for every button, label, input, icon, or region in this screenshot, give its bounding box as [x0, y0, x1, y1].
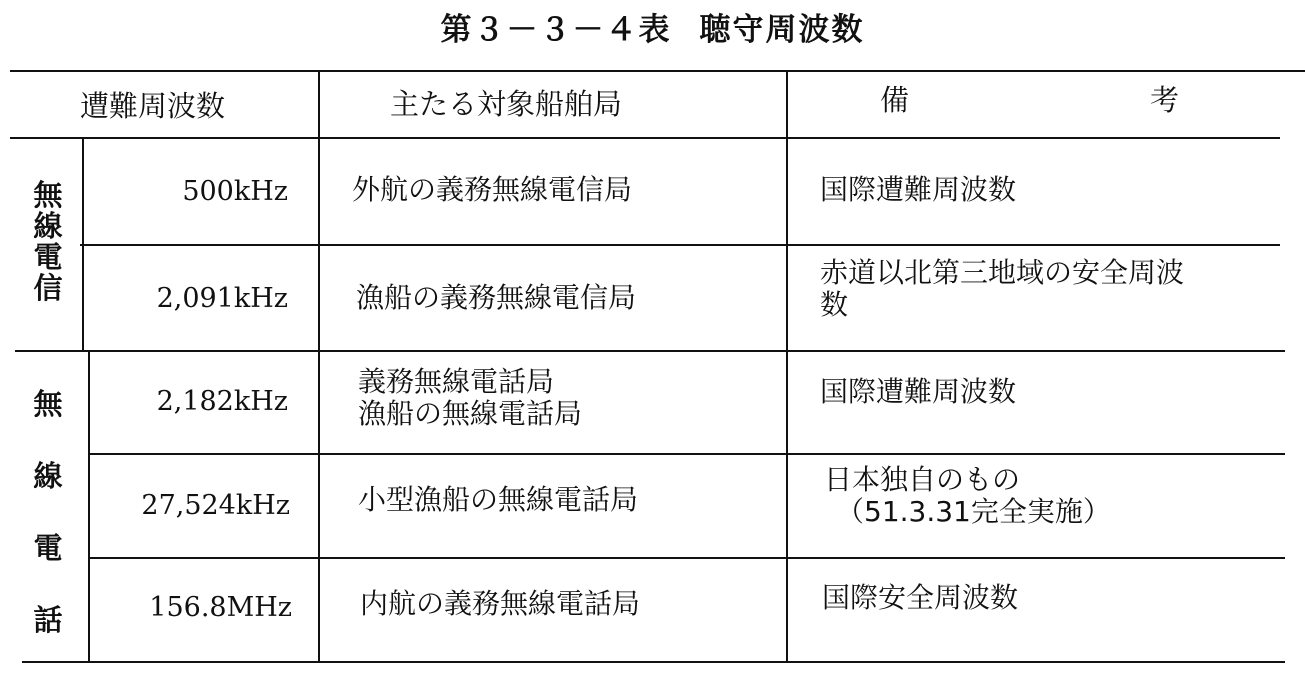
- row-remarks: 国際遭難周波数: [820, 376, 1016, 408]
- row-frequency: 2,091kHz: [58, 283, 288, 315]
- row-stations: 漁船の義務無線電信局: [356, 282, 636, 314]
- row-frequency: 156.8MHz: [62, 592, 292, 624]
- row-frequency: 27,524kHz: [60, 490, 290, 522]
- table-number: 第３－３－４表: [441, 12, 672, 48]
- col-divider-stations: [786, 72, 788, 662]
- row-remarks: 国際安全周波数: [822, 582, 1018, 614]
- table-title: 第３－３－４表聴守周波数: [0, 4, 1305, 49]
- header-remarks-1: 備: [880, 84, 909, 116]
- col-divider-freq: [318, 72, 320, 662]
- row-remarks-line1: 日本独自のもの: [824, 464, 1020, 496]
- row-stations: 小型漁船の無線電話局: [358, 484, 638, 516]
- row-stations-line2: 漁船の無線電話局: [358, 398, 582, 430]
- row-remarks-line2: 数: [820, 289, 848, 321]
- rule-header-bottom: [10, 137, 1280, 139]
- header-stations: 主たる対象船舶局: [390, 88, 622, 120]
- col-divider-group: [82, 137, 84, 350]
- group-label-char: 電: [28, 512, 68, 584]
- group-label-char: 電: [28, 242, 68, 273]
- row-stations: 外航の義務無線電信局: [352, 174, 632, 206]
- header-remarks-2: 考: [1150, 84, 1179, 116]
- row-frequency: 2,182kHz: [58, 386, 288, 418]
- rule-row4-bottom: [90, 557, 1285, 559]
- header-frequency: 遭難周波数: [80, 90, 225, 122]
- row-stations-line1: 義務無線電話局: [358, 366, 554, 398]
- rule-top: [10, 70, 1305, 72]
- rule-bottom: [22, 661, 1285, 663]
- group-label-char: 線: [28, 211, 68, 242]
- table-name: 聴守周波数: [700, 12, 865, 48]
- row-remarks-line2: （51.3.31完全実施）: [836, 496, 1111, 528]
- rule-row1-bottom: [80, 244, 1280, 246]
- row-stations: 内航の義務無線電話局: [360, 588, 640, 620]
- row-frequency: 500kHz: [58, 176, 288, 208]
- row-remarks-line1: 赤道以北第三地域の安全周波: [820, 257, 1184, 289]
- rule-group1-bottom: [15, 350, 1285, 352]
- row-remarks: 国際遭難周波数: [820, 174, 1016, 206]
- rule-row3-bottom: [90, 453, 1285, 455]
